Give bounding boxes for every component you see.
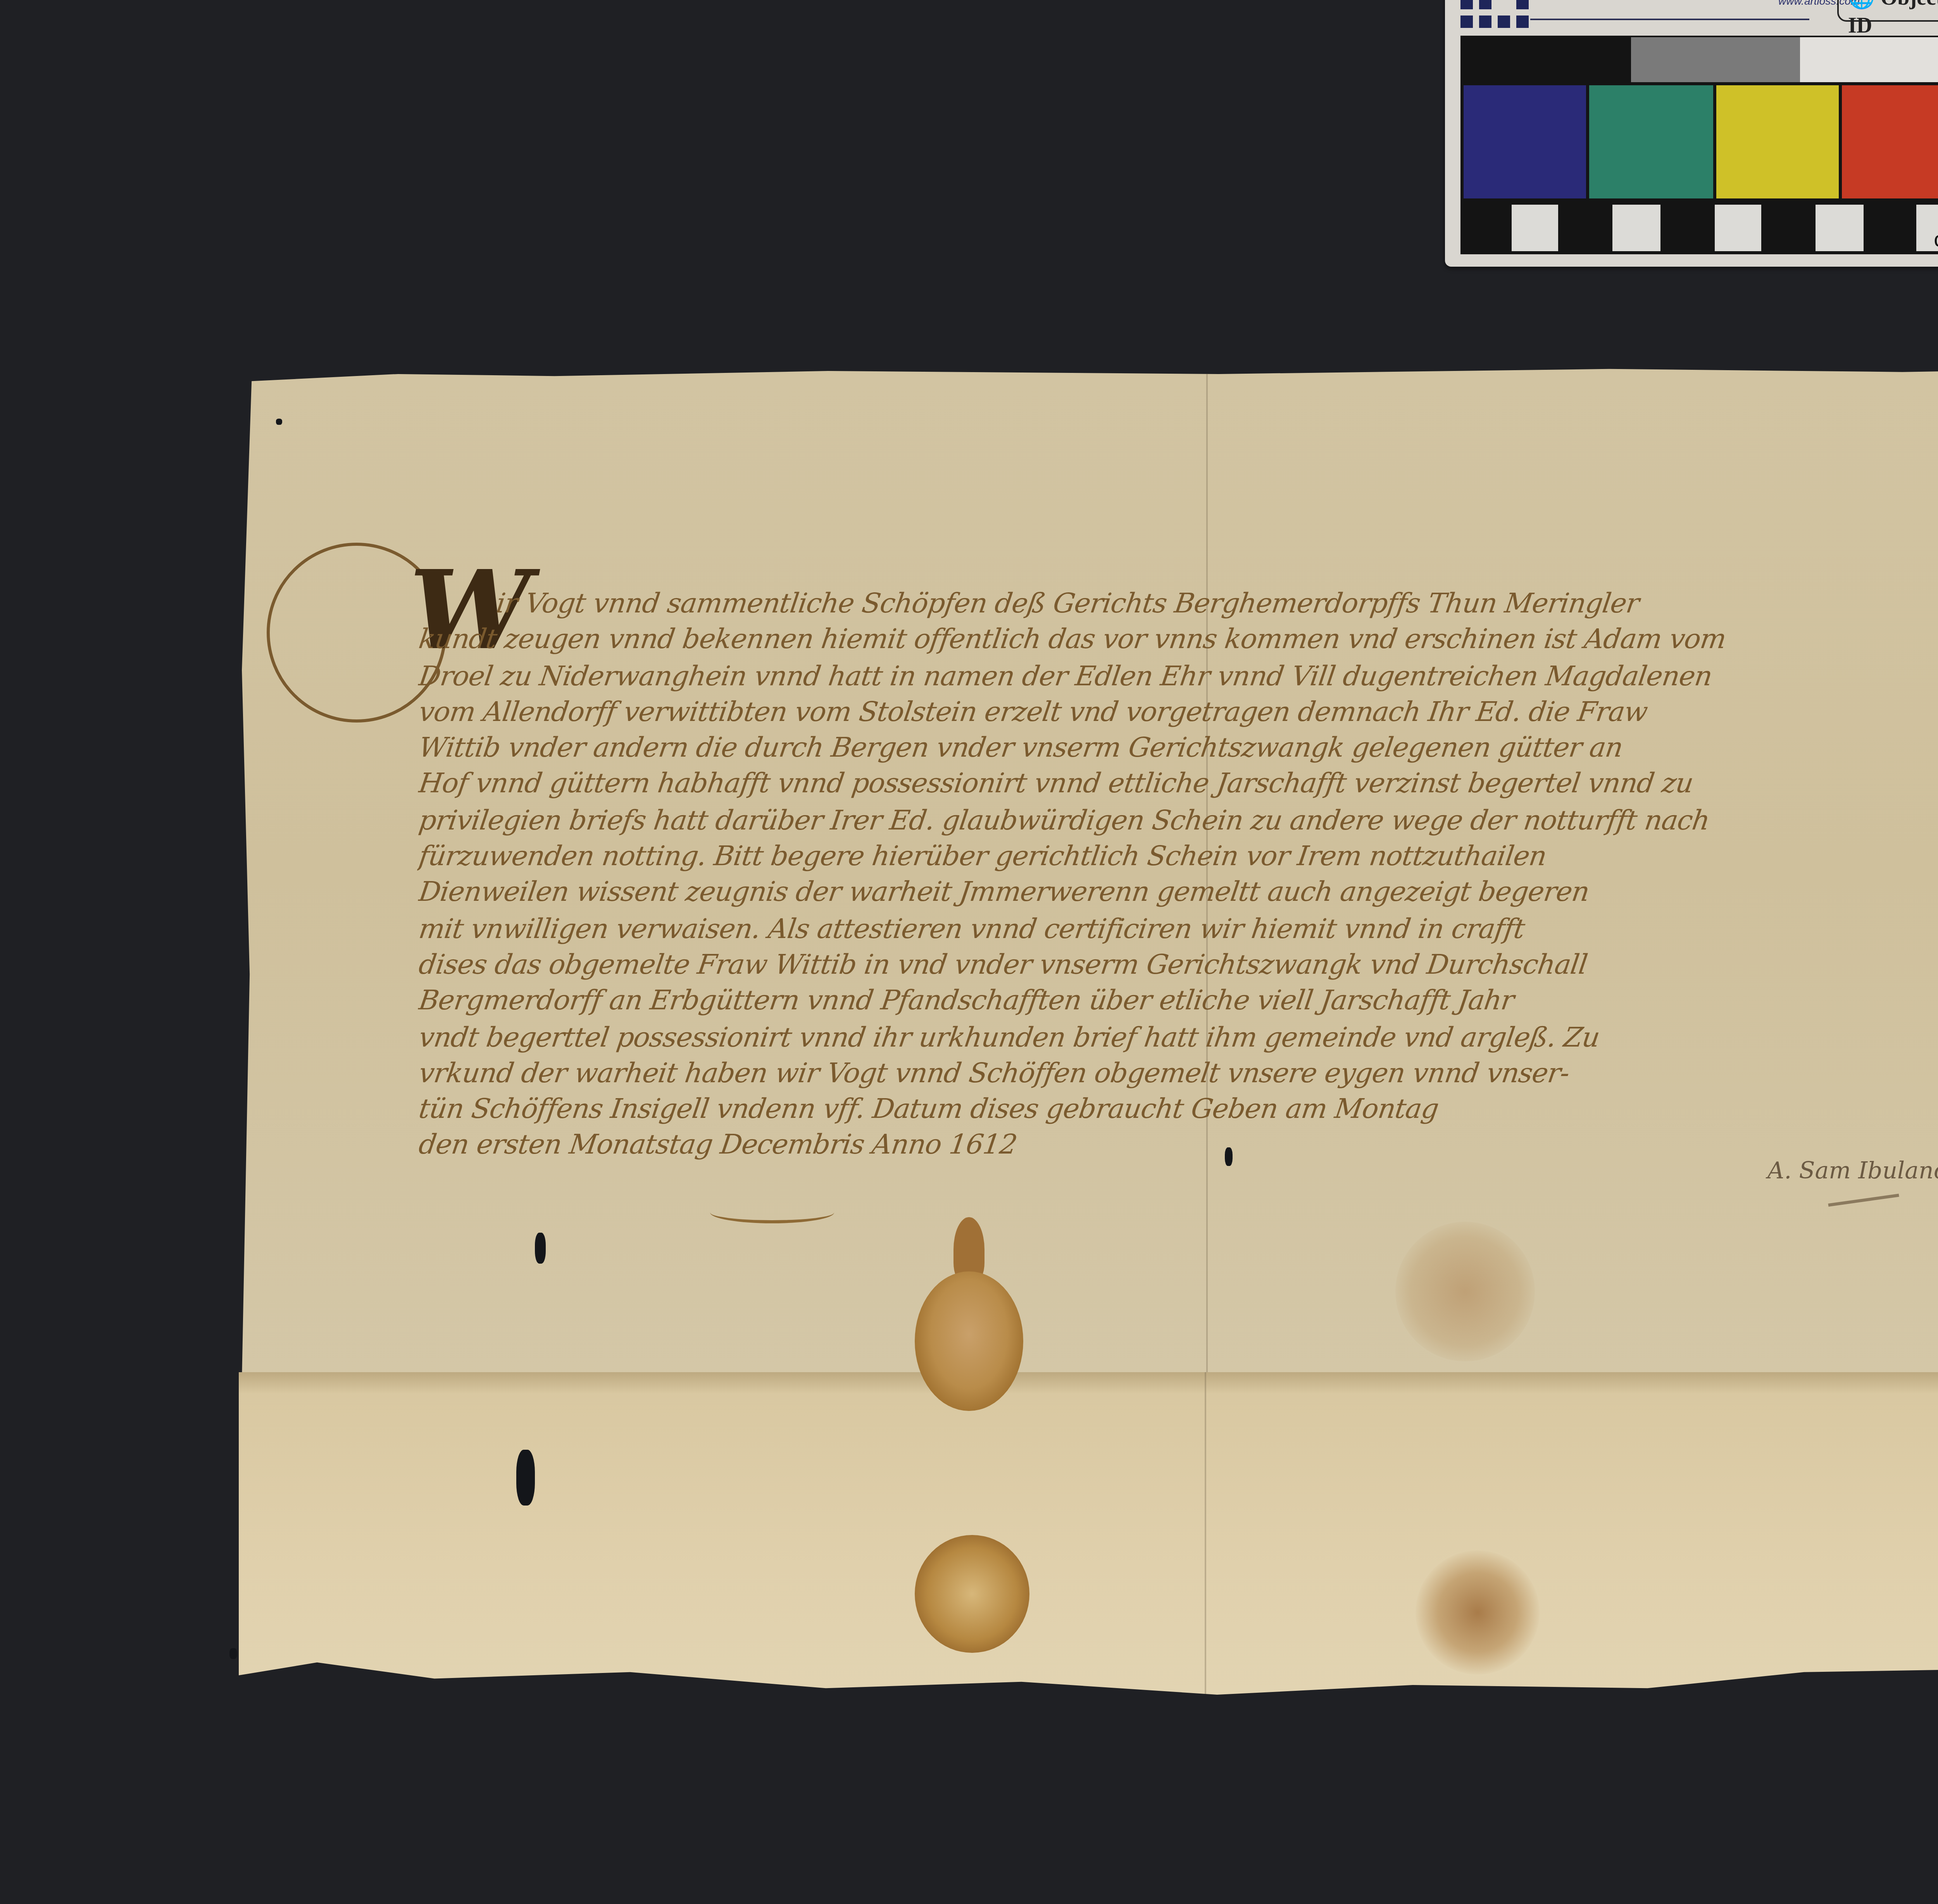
yellow-patch <box>1716 85 1838 198</box>
wax-seal-stain <box>915 1271 1023 1411</box>
text-line: privilegien briefs hatt darüber Irer Ed.… <box>416 806 1938 842</box>
gray-patch <box>1631 37 1800 84</box>
centimeter-scale <box>1460 202 1938 254</box>
paper-hole <box>229 1648 237 1659</box>
paper-tear <box>516 1450 535 1506</box>
text-line: dises das obgemelte Fraw Wittib in vnd v… <box>416 950 1938 986</box>
document-photograph: www.artloss.com 🌐 Object ID cm <box>0 0 1938 1904</box>
paper-hole <box>535 1233 546 1264</box>
text-line: Hof vnnd güttern habhafft vnnd possessio… <box>416 770 1938 806</box>
flap-seal-stain <box>1416 1550 1540 1675</box>
white-patch <box>1800 37 1938 84</box>
card-divider <box>1530 19 1809 20</box>
paper-hole <box>276 419 282 425</box>
logo-squares-icon <box>1460 0 1529 28</box>
text-line: den ersten Monatstag Decembris Anno 1612 <box>416 1131 1938 1167</box>
unit-label: cm <box>1934 226 1938 251</box>
blue-patch <box>1464 85 1586 198</box>
text-line: vrkund der warheit haben wir Vogt vnnd S… <box>416 1059 1938 1095</box>
black-patch <box>1462 37 1631 84</box>
color-calibration-card: www.artloss.com 🌐 Object ID cm <box>1445 0 1938 267</box>
text-line: Droel zu Niderwanghein vnnd hatt in name… <box>416 661 1938 697</box>
green-patch <box>1590 85 1712 198</box>
folded-flap <box>239 1372 1938 1695</box>
grayscale-patches <box>1460 36 1938 85</box>
faded-seal-stain <box>1395 1222 1535 1361</box>
object-id-logo: 🌐 Object ID <box>1837 0 1938 22</box>
text-line: Bergmerdorff an Erbgüttern vnnd Pfandsch… <box>416 986 1938 1023</box>
pen-flourish <box>710 1202 834 1223</box>
text-line: kundt zeugen vnnd bekennen hiemit offent… <box>416 625 1938 661</box>
signature: A. Sam Ibulanck <box>1767 1157 1938 1185</box>
text-line: mit vnwilligen verwaisen. Als attestiere… <box>416 914 1938 950</box>
text-line: vndt begerttel possessionirt vnnd ihr ur… <box>416 1023 1938 1059</box>
text-line: Dienweilen wissent zeugnis der warheit J… <box>416 878 1938 914</box>
text-line: tün Schöffens Insigell vndenn vff. Datum… <box>416 1095 1938 1131</box>
text-line: ir Vogt vnnd sammentliche Schöpfen deß G… <box>416 589 1938 625</box>
manuscript-text: ir Vogt vnnd sammentliche Schöpfen deß G… <box>419 589 1938 1167</box>
flap-seal-stain <box>915 1535 1029 1653</box>
color-patches <box>1460 82 1938 202</box>
globe-icon: 🌐 <box>1848 0 1875 11</box>
text-line: vom Allendorff verwittibten vom Stolstei… <box>416 698 1938 734</box>
red-patch <box>1841 85 1938 198</box>
text-line: fürzuwenden notting. Bitt begere hierübe… <box>416 842 1938 878</box>
text-line: Wittib vnder andern die durch Bergen vnd… <box>416 734 1938 770</box>
